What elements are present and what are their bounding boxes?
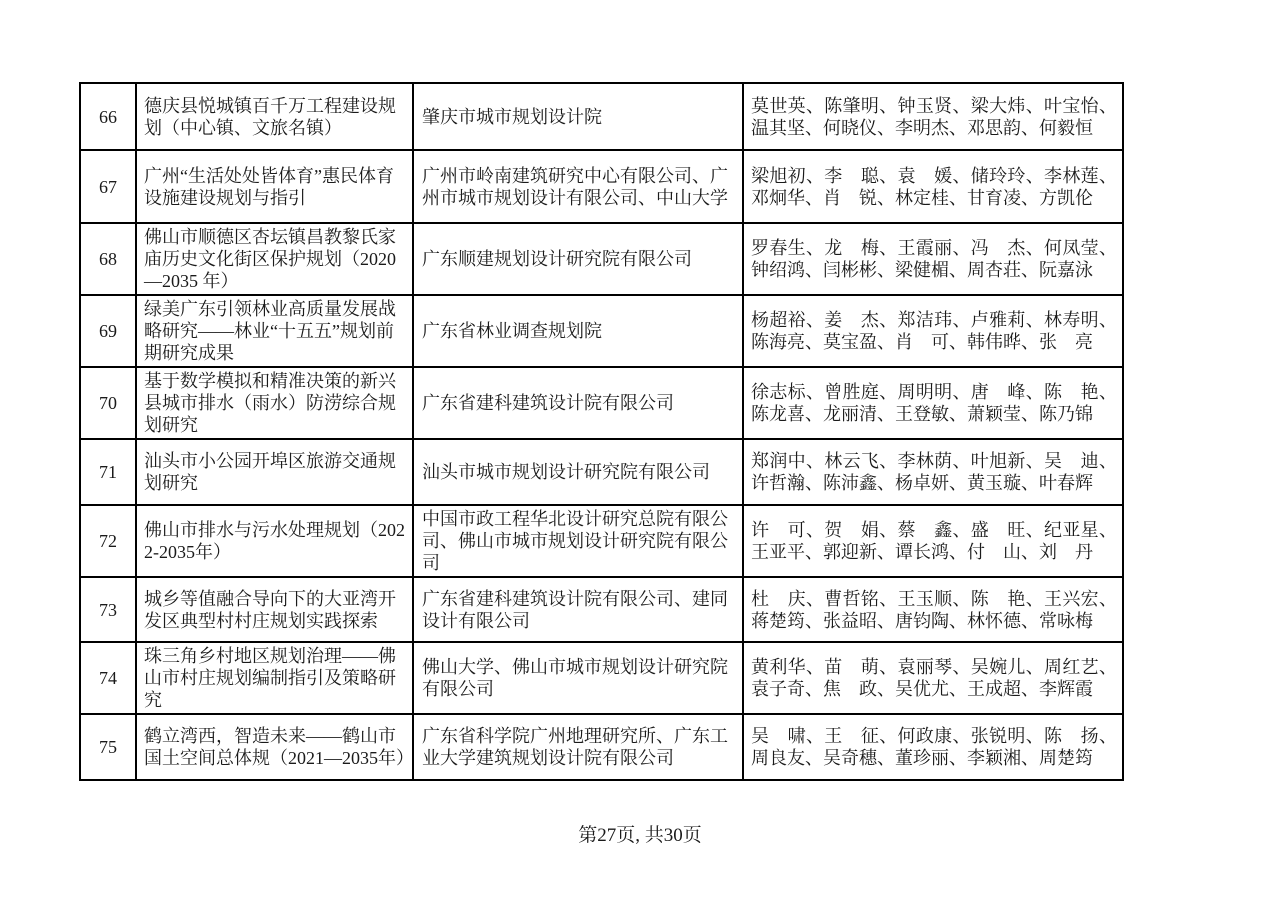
organization: 广东省林业调查规划院 bbox=[413, 295, 743, 367]
organization: 广东省科学院广州地理研究所、广东工业大学建筑规划设计院有限公司 bbox=[413, 714, 743, 780]
authors: 杨超裕、姜 杰、郑洁玮、卢雅莉、林寿明、陈海亮、莫宝盈、肖 可、韩伟晔、张 亮 bbox=[743, 295, 1123, 367]
project-name: 汕头市小公园开埠区旅游交通规划研究 bbox=[136, 439, 413, 505]
project-name: 珠三角乡村地区规划治理——佛山市村庄规划编制指引及策略研究 bbox=[136, 642, 413, 714]
document-page: 66 德庆县悦城镇百千万工程建设规划（中心镇、文旅名镇） 肇庆市城市规划设计院 … bbox=[0, 0, 1280, 905]
authors: 许 可、贺 娟、蔡 鑫、盛 旺、纪亚星、王亚平、郭迎新、谭长鸿、付 山、刘 丹 bbox=[743, 505, 1123, 577]
organization: 广东顺建规划设计研究院有限公司 bbox=[413, 223, 743, 295]
table-row: 73 城乡等值融合导向下的大亚湾开发区典型村村庄规划实践探索 广东省建科建筑设计… bbox=[80, 577, 1123, 642]
authors: 吴 啸、王 征、何政康、张锐明、陈 扬、周良友、吴奇穗、董珍丽、李颖湘、周楚筠 bbox=[743, 714, 1123, 780]
table-row: 71 汕头市小公园开埠区旅游交通规划研究 汕头市城市规划设计研究院有限公司 郑润… bbox=[80, 439, 1123, 505]
project-award-table: 66 德庆县悦城镇百千万工程建设规划（中心镇、文旅名镇） 肇庆市城市规划设计院 … bbox=[79, 82, 1124, 781]
project-name: 德庆县悦城镇百千万工程建设规划（中心镇、文旅名镇） bbox=[136, 83, 413, 150]
table-row: 69 绿美广东引领林业高质量发展战略研究——林业“十五五”规划前期研究成果 广东… bbox=[80, 295, 1123, 367]
table-row: 72 佛山市排水与污水处理规划（2022-2035年） 中国市政工程华北设计研究… bbox=[80, 505, 1123, 577]
authors: 梁旭初、李 聪、袁 媛、储玲玲、李林莲、邓炯华、肖 锐、林定桂、甘育凌、方凯伦 bbox=[743, 150, 1123, 223]
table-row: 66 德庆县悦城镇百千万工程建设规划（中心镇、文旅名镇） 肇庆市城市规划设计院 … bbox=[80, 83, 1123, 150]
authors: 莫世英、陈肇明、钟玉贤、梁大炜、叶宝怡、温其坚、何晓仪、李明杰、邓思韵、何毅恒 bbox=[743, 83, 1123, 150]
organization: 肇庆市城市规划设计院 bbox=[413, 83, 743, 150]
organization: 中国市政工程华北设计研究总院有限公司、佛山市城市规划设计研究院有限公司 bbox=[413, 505, 743, 577]
project-name: 鹤立湾西，智造未来——鹤山市国土空间总体规（2021—2035年） bbox=[136, 714, 413, 780]
organization: 广东省建科建筑设计院有限公司、建同设计有限公司 bbox=[413, 577, 743, 642]
row-number: 72 bbox=[80, 505, 136, 577]
table-row: 74 珠三角乡村地区规划治理——佛山市村庄规划编制指引及策略研究 佛山大学、佛山… bbox=[80, 642, 1123, 714]
project-name: 基于数学模拟和精准决策的新兴县城市排水（雨水）防涝综合规划研究 bbox=[136, 367, 413, 439]
table-row: 75 鹤立湾西，智造未来——鹤山市国土空间总体规（2021—2035年） 广东省… bbox=[80, 714, 1123, 780]
authors: 郑润中、林云飞、李林荫、叶旭新、吴 迪、许哲瀚、陈沛鑫、杨卓妍、黄玉璇、叶春辉 bbox=[743, 439, 1123, 505]
authors: 黄利华、苗 萌、袁丽琴、吴婉儿、周红艺、袁子奇、焦 政、吴优尤、王成超、李辉霞 bbox=[743, 642, 1123, 714]
project-name: 佛山市排水与污水处理规划（2022-2035年） bbox=[136, 505, 413, 577]
authors: 杜 庆、曹哲铭、王玉顺、陈 艳、王兴宏、蒋楚筠、张益昭、唐钧陶、林怀德、常咏梅 bbox=[743, 577, 1123, 642]
row-number: 73 bbox=[80, 577, 136, 642]
authors: 罗春生、龙 梅、王霞丽、冯 杰、何凤莹、钟绍鸿、闫彬彬、梁健楣、周杏荘、阮嘉泳 bbox=[743, 223, 1123, 295]
row-number: 70 bbox=[80, 367, 136, 439]
project-name: 广州“生活处处皆体育”惠民体育设施建设规划与指引 bbox=[136, 150, 413, 223]
table-row: 70 基于数学模拟和精准决策的新兴县城市排水（雨水）防涝综合规划研究 广东省建科… bbox=[80, 367, 1123, 439]
organization: 广州市岭南建筑研究中心有限公司、广州市城市规划设计有限公司、中山大学 bbox=[413, 150, 743, 223]
organization: 汕头市城市规划设计研究院有限公司 bbox=[413, 439, 743, 505]
project-name: 绿美广东引领林业高质量发展战略研究——林业“十五五”规划前期研究成果 bbox=[136, 295, 413, 367]
row-number: 75 bbox=[80, 714, 136, 780]
project-name: 城乡等值融合导向下的大亚湾开发区典型村村庄规划实践探索 bbox=[136, 577, 413, 642]
table-row: 67 广州“生活处处皆体育”惠民体育设施建设规划与指引 广州市岭南建筑研究中心有… bbox=[80, 150, 1123, 223]
authors: 徐志标、曾胜庭、周明明、唐 峰、陈 艳、陈龙喜、龙丽清、王登敏、萧颖莹、陈乃锦 bbox=[743, 367, 1123, 439]
organization: 广东省建科建筑设计院有限公司 bbox=[413, 367, 743, 439]
row-number: 67 bbox=[80, 150, 136, 223]
organization: 佛山大学、佛山市城市规划设计研究院有限公司 bbox=[413, 642, 743, 714]
row-number: 68 bbox=[80, 223, 136, 295]
page-footer: 第27页, 共30页 bbox=[0, 820, 1280, 847]
row-number: 66 bbox=[80, 83, 136, 150]
table-row: 68 佛山市顺德区杏坛镇昌教黎氏家庙历史文化街区保护规划（2020—2035 年… bbox=[80, 223, 1123, 295]
row-number: 69 bbox=[80, 295, 136, 367]
row-number: 71 bbox=[80, 439, 136, 505]
project-name: 佛山市顺德区杏坛镇昌教黎氏家庙历史文化街区保护规划（2020—2035 年） bbox=[136, 223, 413, 295]
row-number: 74 bbox=[80, 642, 136, 714]
